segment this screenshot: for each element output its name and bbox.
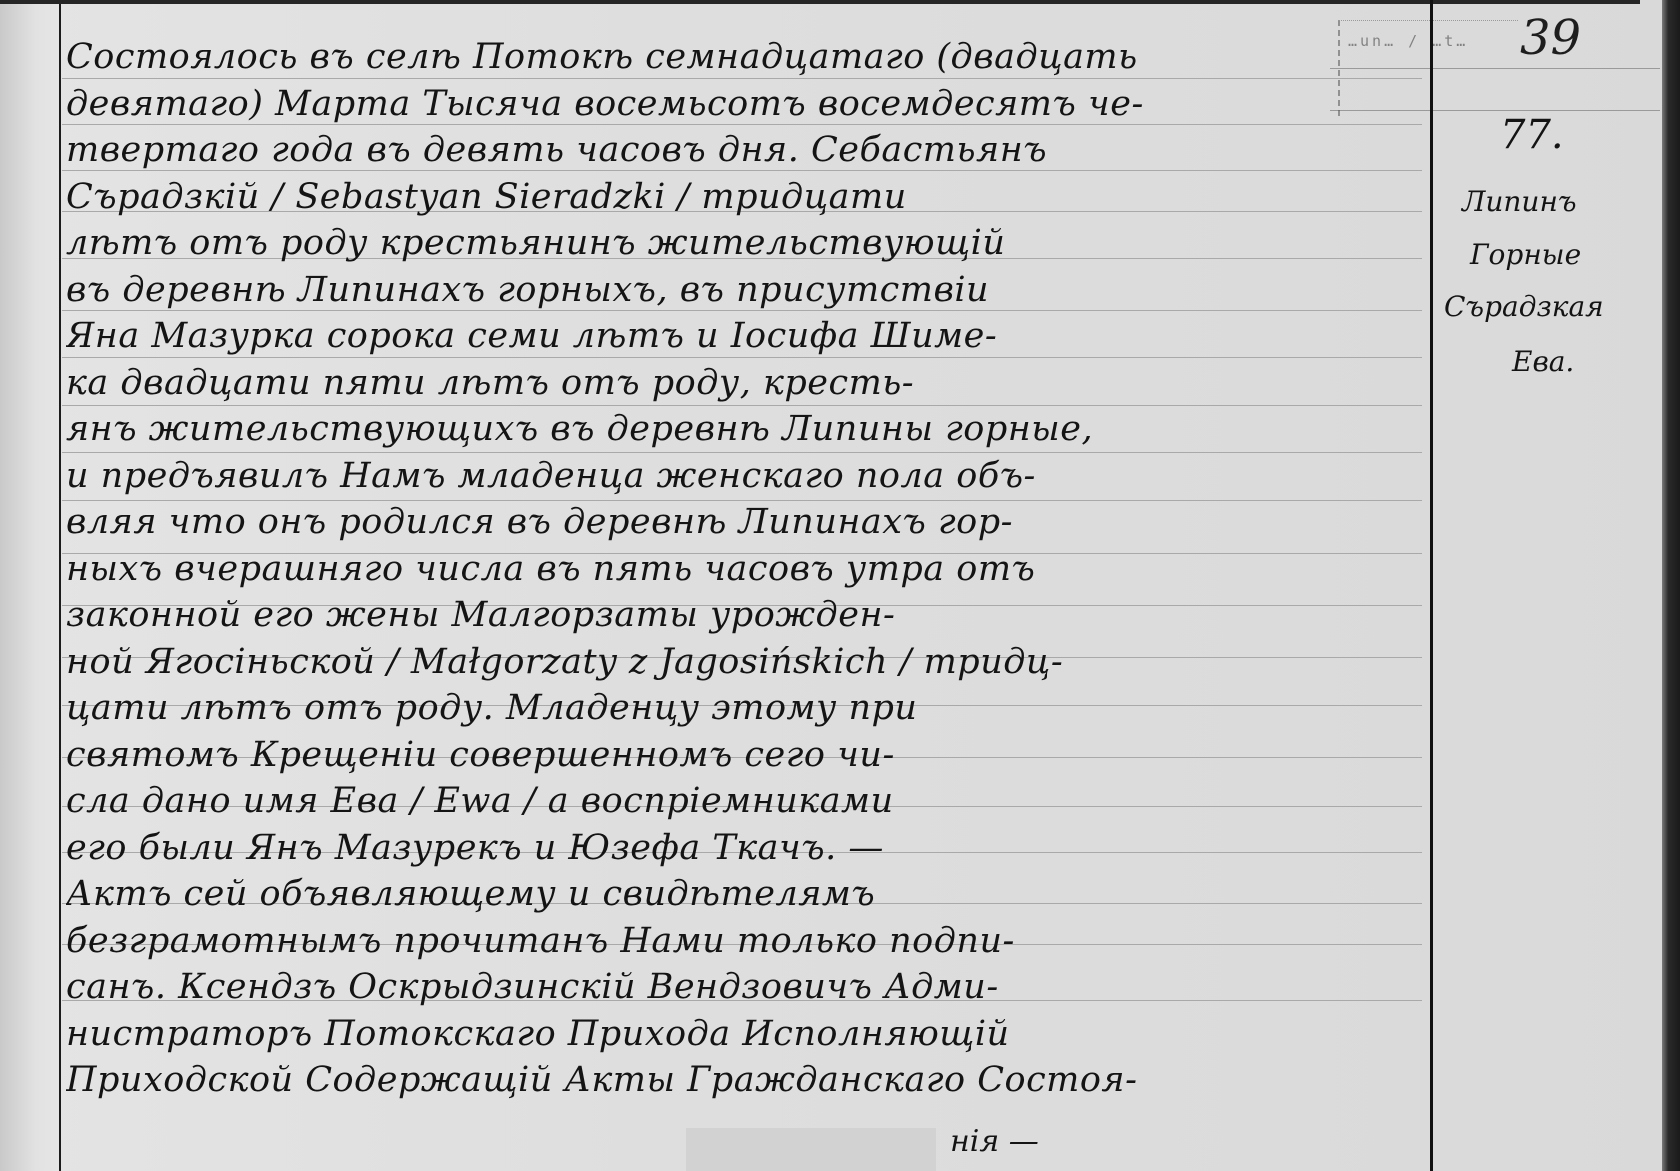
body-line: его были Янъ Мазурекъ и Юзефа Ткачъ. — [66, 825, 1426, 872]
body-line: Состоялось въ селѣ Потокѣ семнадцатаго (… [66, 34, 1426, 81]
body-line: ка двадцати пяти лѣтъ отъ роду, кресть- [66, 360, 1426, 407]
body-line: вляя что онъ родился въ деревнѣ Липинахъ… [66, 499, 1426, 546]
register-page: …un… / …t… Состоялось въ селѣ Потокѣ сем… [0, 0, 1680, 1171]
body-line: безграмотнымъ прочитанъ Нами только подп… [66, 918, 1426, 965]
body-line: Сърадзкій / Sebastyan Sieradzki / тридца… [66, 174, 1426, 221]
act-number: 77. [1500, 112, 1564, 158]
body-line: сла дано имя Ева / Ewa / а воспріемникам… [66, 778, 1426, 825]
top-edge-rule [0, 0, 1640, 4]
margin-village: Липинъ [1462, 185, 1577, 218]
body-line: святомъ Крещеніи совершенномъ сего чи- [66, 732, 1426, 779]
body-line: санъ. Ксендзъ Оскрыдзинскій Вендзовичъ А… [66, 964, 1426, 1011]
body-line: и предъявилъ Намъ младенца женскаго пола… [66, 453, 1426, 500]
body-line: въ деревнѣ Липинахъ горныхъ, въ присутст… [66, 267, 1426, 314]
scan-artifact [686, 1128, 936, 1171]
margin-surname: Сърадзкая [1444, 290, 1604, 323]
body-line: Приходской Содержащій Акты Гражданскаго … [66, 1057, 1426, 1104]
body-line: Актъ сей объявляющему и свидѣтелямъ [66, 871, 1426, 918]
body-line: твертаго года въ девять часовъ дня. Себа… [66, 127, 1426, 174]
left-margin-rule [59, 0, 61, 1171]
body-line: девятаго) Марта Тысяча восемьсотъ восемд… [66, 81, 1426, 128]
body-line: янъ жительствующихъ въ деревнѣ Липины го… [66, 406, 1426, 453]
record-body: Состоялось въ селѣ Потокѣ семнадцатаго (… [66, 34, 1426, 1104]
margin-village-2: Горные [1470, 238, 1581, 271]
binding-edge [1662, 0, 1680, 1171]
body-line: Яна Мазурка сорока семи лѣтъ и Іосифа Ши… [66, 313, 1426, 360]
right-margin-rule [1430, 0, 1433, 1171]
body-line: цати лѣтъ отъ роду. Младенцу этому при [66, 685, 1426, 732]
body-line: лѣтъ отъ роду крестьянинъ жительствующій [66, 220, 1426, 267]
margin-given-name: Ева. [1512, 345, 1574, 378]
signature-tail: нія — [950, 1124, 1039, 1159]
body-line: ной Ягосіньской / Małgorzaty z Jagosińsk… [66, 639, 1426, 686]
body-line: нистраторъ Потокскаго Прихода Исполняющі… [66, 1011, 1426, 1058]
page-number: 39 [1520, 10, 1581, 66]
body-line: ныхъ вчерашняго числа въ пять часовъ утр… [66, 546, 1426, 593]
body-line: законной его жены Малгорзаты урожден- [66, 592, 1426, 639]
left-margin-strip [0, 0, 60, 1171]
